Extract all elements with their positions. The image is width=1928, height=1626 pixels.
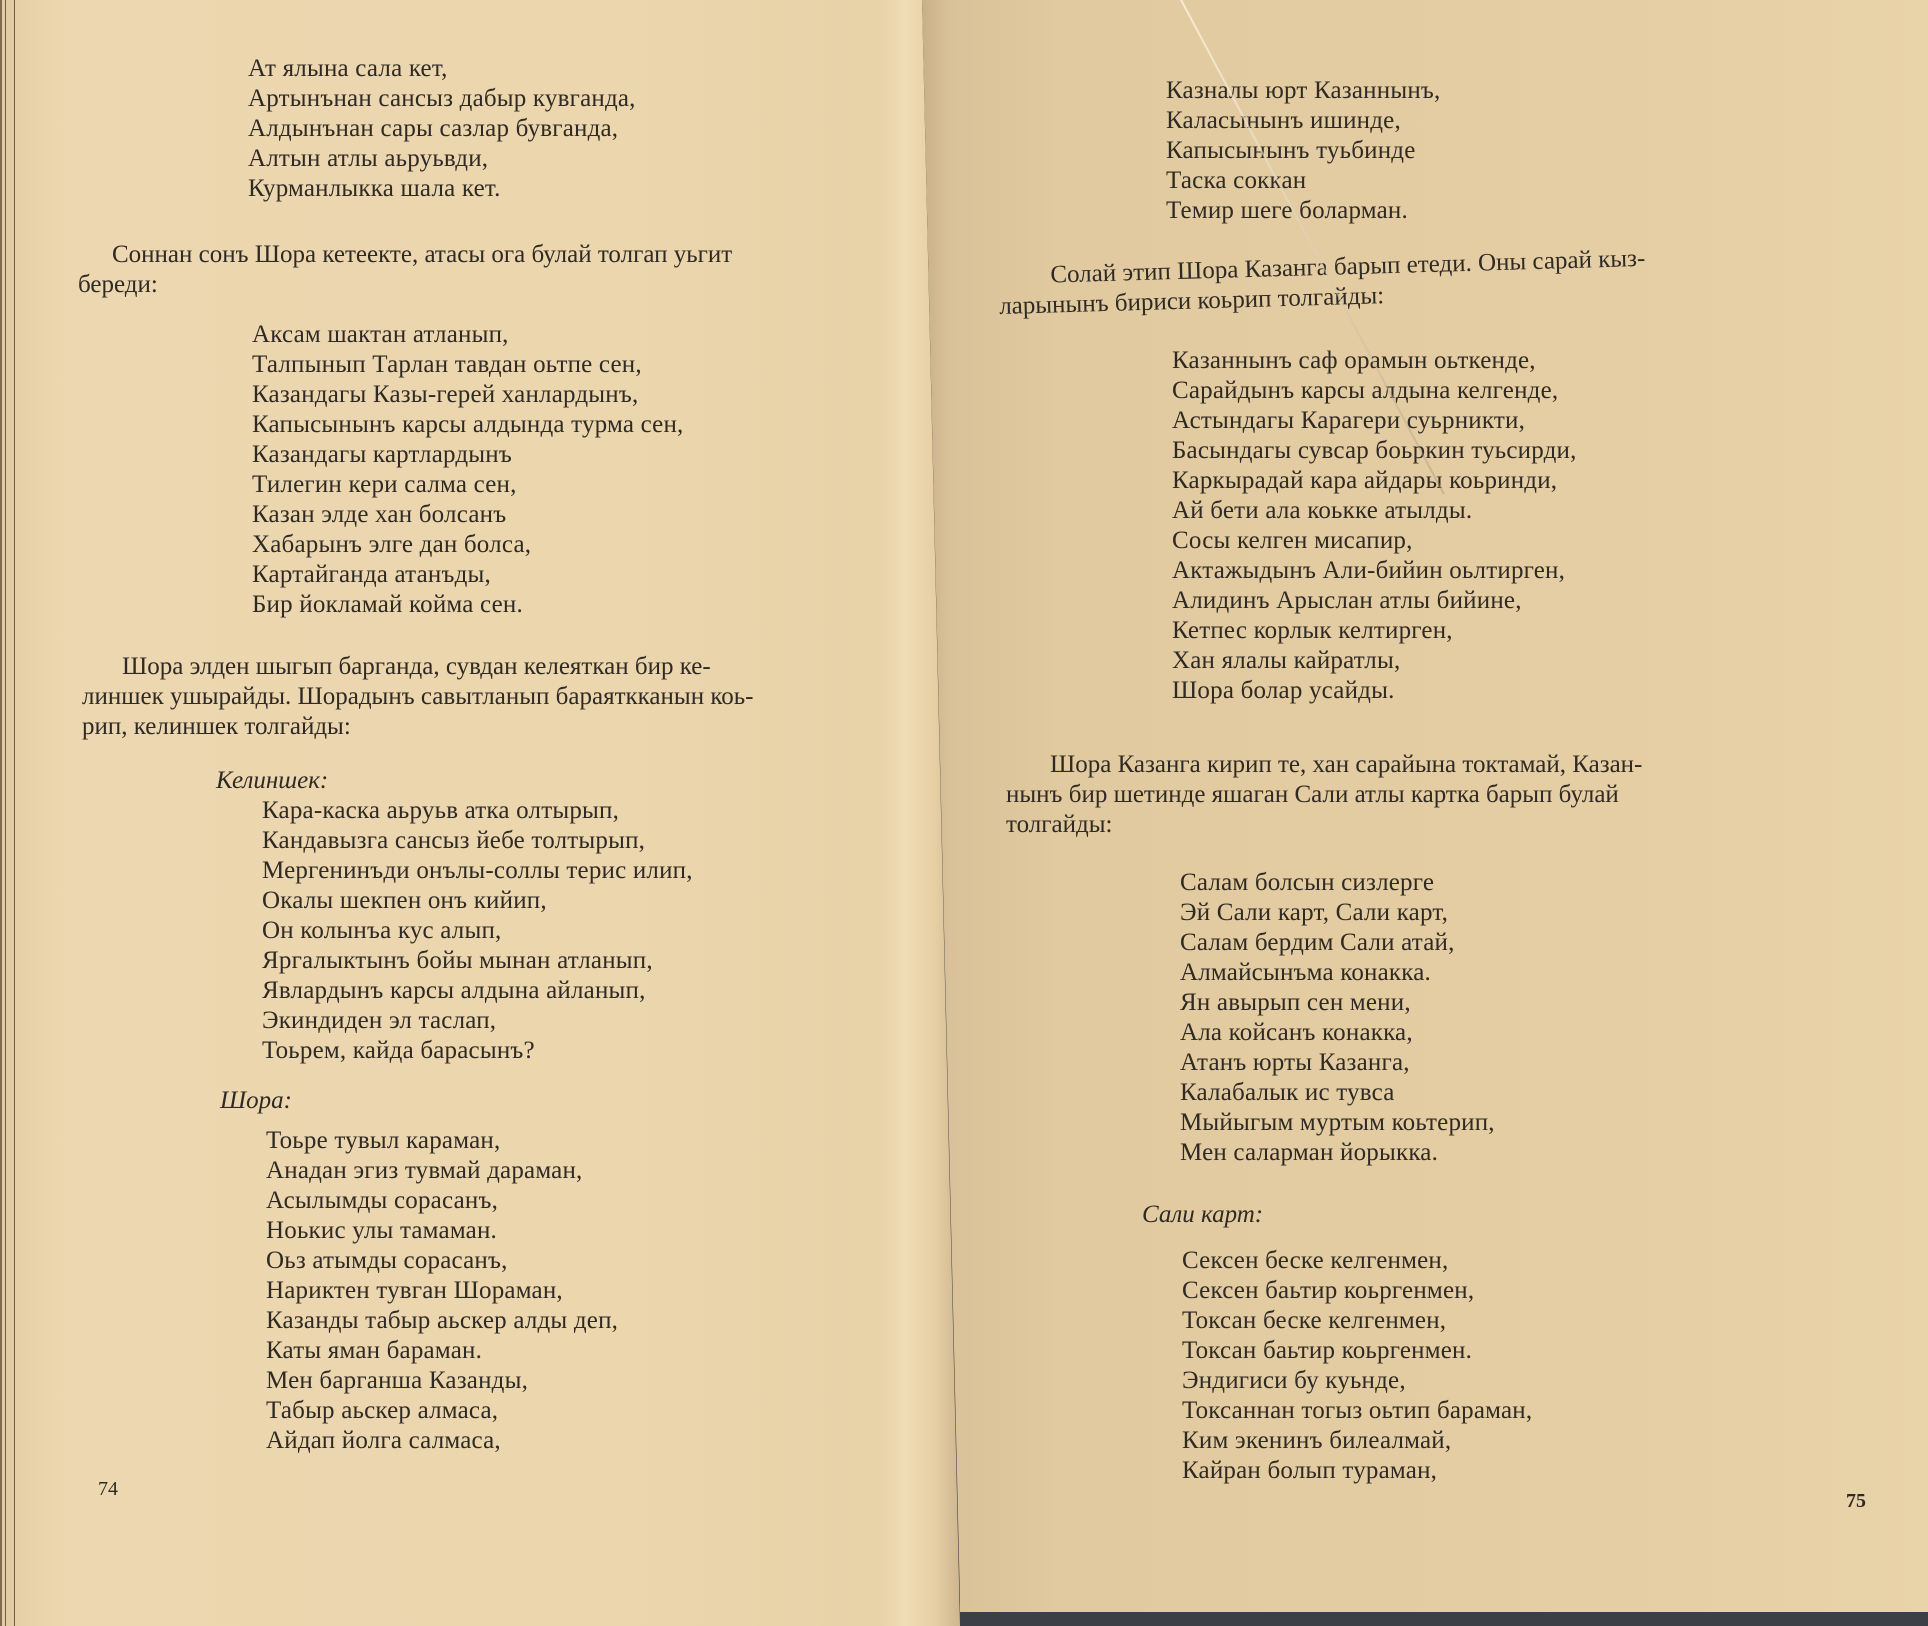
verse-line: Басындагы сувсар боьркин туьсирди, — [1172, 436, 1577, 466]
verse-line: Алтын атлы аьруьвди, — [248, 144, 636, 174]
left-verse-1: Ат ялына сала кет, Артынънан сансыз дабы… — [248, 54, 636, 204]
verse-line: Казналы юрт Казаннынъ, — [1166, 76, 1440, 106]
verse-line: Токсан баьтир коьргенмен. — [1182, 1336, 1532, 1366]
verse-line: Каркырадай кара айдары коьринди, — [1172, 466, 1577, 496]
page-edge-lines — [0, 0, 15, 1626]
prose-line: Соннан сонъ Шора кетеекте, атасы ога бул… — [78, 240, 923, 270]
right-page: Казналы юрт Казаннынъ, Каласынынъ ишинде… — [920, 0, 1928, 1626]
verse-line: Ала койсанъ конакка, — [1180, 1018, 1495, 1048]
verse-line: Сексен баьтир коьргенмен, — [1182, 1276, 1532, 1306]
prose-line: береди: — [78, 270, 923, 300]
verse-line: Окалы шекпен онъ кийип, — [262, 886, 693, 916]
verse-line: Салам бердим Сали атай, — [1180, 928, 1495, 958]
verse-line: Курманлыкка шала кет. — [248, 174, 636, 204]
verse-line: Он колынъа кус алып, — [262, 916, 693, 946]
verse-line: Алмайсынъма конакка. — [1180, 958, 1495, 988]
scan-background-edge — [960, 1612, 1928, 1626]
verse-line: Явлардынъ карсы алдына айланып, — [262, 976, 693, 1006]
verse-line: Токсаннан тогыз оьтип бараман, — [1182, 1396, 1532, 1426]
verse-line: Мыйыгым муртым коьтерип, — [1180, 1108, 1495, 1138]
left-prose-1: Соннан сонъ Шора кетеекте, атасы ога бул… — [78, 240, 923, 300]
verse-line: Тоьрем, кайда барасынъ? — [262, 1036, 693, 1066]
right-verse-3: Салам болсын сизлерге Эй Сали карт, Сали… — [1180, 868, 1495, 1168]
page-number-left: 74 — [98, 1478, 118, 1501]
verse-line: Сосы келген мисапир, — [1172, 526, 1577, 556]
verse-line: Салам болсын сизлерге — [1180, 868, 1495, 898]
verse-line: Актажыдынъ Али-бийин оьлтирген, — [1172, 556, 1577, 586]
right-verse-4: Сексен беске келгенмен, Сексен баьтир ко… — [1182, 1246, 1532, 1486]
left-verse-2: Аксам шактан атланып, Талпынып Тарлан та… — [252, 320, 684, 620]
left-verse-4: Тоьре тувыл караман, Анадан эгиз тувмай … — [266, 1126, 618, 1456]
verse-line: Атанъ юрты Казанга, — [1180, 1048, 1495, 1078]
verse-line: Хан ялалы кайратлы, — [1172, 646, 1577, 676]
verse-line: Кайран болып тураман, — [1182, 1456, 1532, 1486]
verse-line: Кетпес корлык келтирген, — [1172, 616, 1577, 646]
right-prose-2: Шора Казанга кирип те, хан сарайына токт… — [1006, 750, 1872, 840]
page-number-right: 75 — [1846, 1490, 1866, 1513]
verse-line: Айдап йолга салмаса, — [266, 1426, 618, 1456]
verse-line: Мен саларман йорыкка. — [1180, 1138, 1495, 1168]
verse-line: Мен барганша Казанды, — [266, 1366, 618, 1396]
verse-line: Тилегин кери салма сен, — [252, 470, 684, 500]
verse-line: Талпынып Тарлан тавдан оьтпе сен, — [252, 350, 684, 380]
verse-line: Оьз атымды сорасанъ, — [266, 1246, 618, 1276]
verse-line: Асылымды сорасанъ, — [266, 1186, 618, 1216]
verse-line: Токсан беске келгенмен, — [1182, 1306, 1532, 1336]
verse-line: Алидинъ Арыслан атлы бийине, — [1172, 586, 1577, 616]
verse-line: Ким экенинъ билеалмай, — [1182, 1426, 1532, 1456]
speaker-label-shora: Шора: — [220, 1086, 292, 1116]
left-page: Ат ялына сала кет, Артынънан сансыз дабы… — [0, 0, 965, 1626]
verse-line: Ноькис улы тамаман. — [266, 1216, 618, 1246]
verse-line: Кара-каска аьруьв атка олтырып, — [262, 796, 693, 826]
verse-line: Эндигиси бу куьнде, — [1182, 1366, 1532, 1396]
verse-line: Капысынынъ карсы алдында турма сен, — [252, 410, 684, 440]
prose-line: толгайды: — [1006, 810, 1872, 840]
verse-line: Казандагы картлардынъ — [252, 440, 684, 470]
verse-line: Алдынънан сары сазлар бувганда, — [248, 114, 636, 144]
verse-line: Казандагы Казы-герей ханлардынъ, — [252, 380, 684, 410]
prose-line: Шора Казанга кирип те, хан сарайына токт… — [1006, 750, 1872, 780]
verse-line: Астындагы Карагери суьрникти, — [1172, 406, 1577, 436]
left-prose-2: Шора элден шыгып барганда, сувдан келеят… — [82, 652, 924, 742]
verse-line: Ай бети ала коькке атылды. — [1172, 496, 1577, 526]
verse-line: Каты яман бараман. — [266, 1336, 618, 1366]
verse-line: Казанды табыр аьскер алды деп, — [266, 1306, 618, 1336]
verse-line: Сарайдынъ карсы алдына келгенде, — [1172, 376, 1577, 406]
verse-line: Капысынынъ туьбинде — [1166, 136, 1440, 166]
right-verse-1: Казналы юрт Казаннынъ, Каласынынъ ишинде… — [1166, 76, 1440, 226]
prose-line: линшек ушырайды. Шорадынъ савытланып бар… — [82, 682, 924, 712]
verse-line: Картайганда атанъды, — [252, 560, 684, 590]
verse-line: Ат ялына сала кет, — [248, 54, 636, 84]
verse-line: Артынънан сансыз дабыр кувганда, — [248, 84, 636, 114]
verse-line: Таска соккан — [1166, 166, 1440, 196]
verse-line: Калабалык ис тувса — [1180, 1078, 1495, 1108]
verse-line: Аксам шактан атланып, — [252, 320, 684, 350]
right-prose-1: Солай этип Шора Казанга барып етеди. Оны… — [998, 238, 1871, 322]
verse-line: Бир йокламай койма сен. — [252, 590, 684, 620]
verse-line: Яргалыктынъ бойы мынан атланып, — [262, 946, 693, 976]
verse-line: Хабарынъ элге дан болса, — [252, 530, 684, 560]
right-verse-2: Казаннынъ саф орамын оьткенде, Сарайдынъ… — [1172, 346, 1577, 706]
left-verse-3: Кара-каска аьруьв атка олтырып, Кандавыз… — [262, 796, 693, 1066]
verse-line: Табыр аьскер алмаса, — [266, 1396, 618, 1426]
prose-line: Шора элден шыгып барганда, сувдан келеят… — [82, 652, 924, 682]
verse-line: Ян авырып сен мени, — [1180, 988, 1495, 1018]
verse-line: Каласынынъ ишинде, — [1166, 106, 1440, 136]
verse-line: Сексен беске келгенмен, — [1182, 1246, 1532, 1276]
verse-line: Нариктен тувган Шораман, — [266, 1276, 618, 1306]
verse-line: Кандавызга сансыз йебе толтырып, — [262, 826, 693, 856]
speaker-label-kelinshek: Келиншек: — [216, 766, 328, 796]
verse-line: Мергенинъди онълы-соллы терис илип, — [262, 856, 693, 886]
book-spread: Ат ялына сала кет, Артынънан сансыз дабы… — [0, 0, 1928, 1626]
verse-line: Тоьре тувыл караман, — [266, 1126, 618, 1156]
prose-line: нынъ бир шетинде яшаган Сали атлы картка… — [1006, 780, 1872, 810]
verse-line: Темир шеге боларман. — [1166, 196, 1440, 226]
verse-line: Шора болар усайды. — [1172, 676, 1577, 706]
prose-line: рип, келиншек толгайды: — [82, 712, 924, 742]
verse-line: Эй Сали карт, Сали карт, — [1180, 898, 1495, 928]
verse-line: Анадан эгиз тувмай дараман, — [266, 1156, 618, 1186]
verse-line: Казан элде хан болсанъ — [252, 500, 684, 530]
verse-line: Экиндиден эл таслап, — [262, 1006, 693, 1036]
speaker-label-sali-kart: Сали карт: — [1142, 1200, 1263, 1230]
